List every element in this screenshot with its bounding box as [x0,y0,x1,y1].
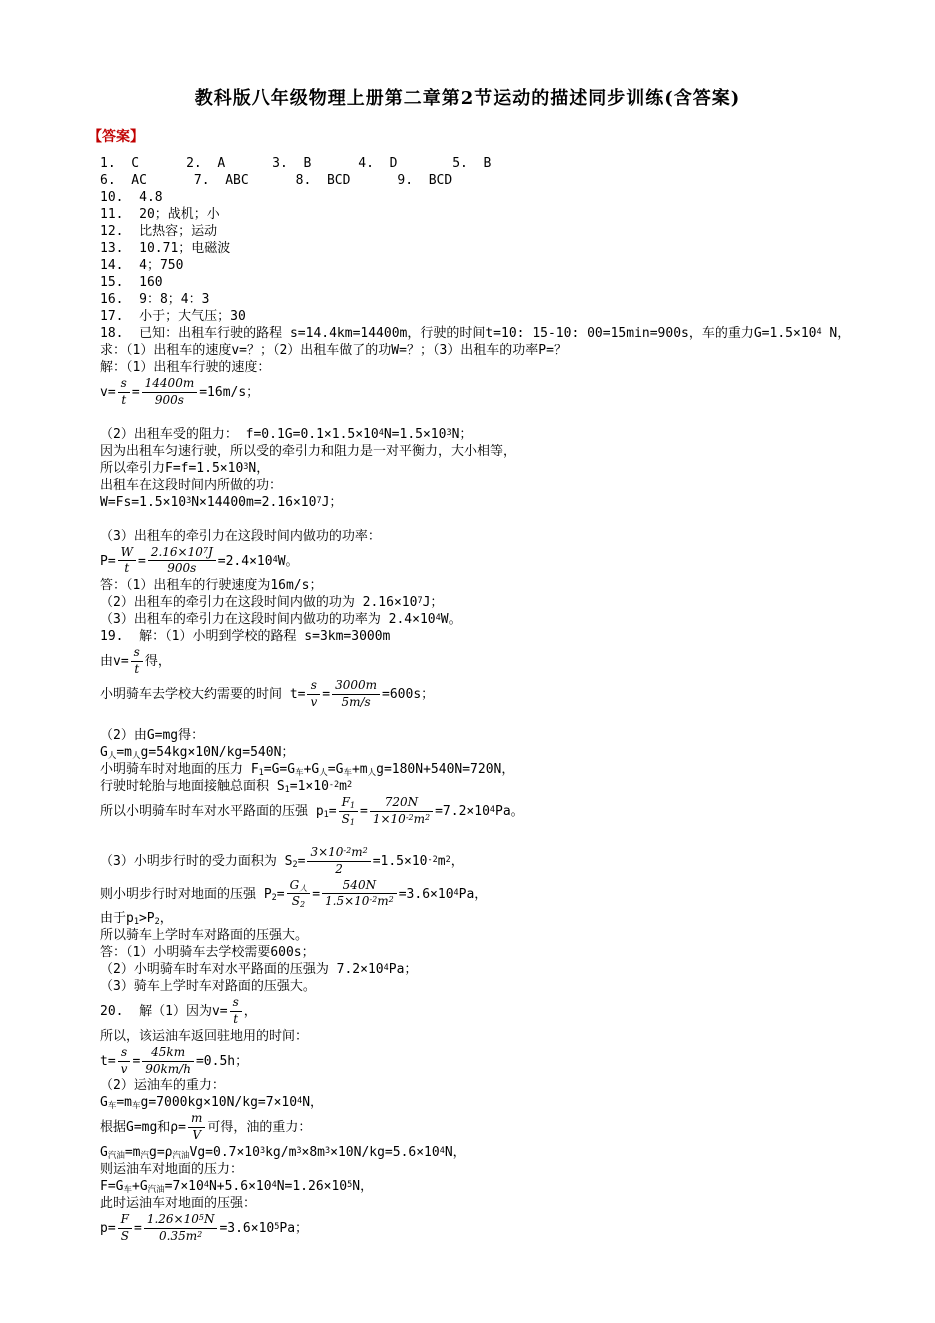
blank-line [100,511,893,528]
superscript: 4 [273,554,278,564]
fraction: 2.16×107J900s [148,546,216,577]
fraction-denominator: 5m/s [332,695,380,710]
superscript: 4 [454,887,459,897]
subscript: 1 [350,818,355,827]
doc-line: （2）出租车受的阻力： f=0.1G=0.1×1.5×104N=1.5×103N… [100,426,893,443]
fraction-denominator: t [118,561,136,576]
superscript: 3 [446,428,451,438]
superscript: 7 [417,596,422,606]
fraction-denominator: S2 [287,894,311,909]
doc-line: 18. 已知：出租车行驶的路程 s=14.4km=14400m，行驶的时间t=1… [100,325,893,342]
superscript: 4 [384,963,389,973]
superscript: -2 [343,846,351,855]
fraction-numerator: 14400m [142,377,198,393]
subscript: 汽 [141,1151,150,1161]
doc-line: 19. 解：（1）小明到学校的路程 s=3km=3000m [100,628,893,645]
subscript: 1 [285,785,290,795]
fraction-numerator: s [118,377,130,393]
fraction: F1S1 [339,796,358,827]
superscript: 2 [197,1230,202,1239]
subscript: 1 [134,917,139,927]
subscript: 车 [108,1101,117,1111]
doc-line: （3）骑车上学时车对路面的压强大。 [100,978,893,995]
subscript: 人 [132,751,141,761]
subscript: 人 [368,768,377,778]
doc-line: G车=m车g=7000kg×10N/kg=7×104N， [100,1094,893,1111]
fraction-denominator: 1.5×10-2m2 [322,894,397,909]
fraction-denominator: t [131,662,143,677]
subscript: 车 [295,768,304,778]
fraction-numerator: F1 [339,796,358,812]
superscript: 4 [204,1180,209,1190]
fraction: FS [118,1213,132,1244]
superscript: 2 [389,895,394,904]
doc-line: 15. 160 [100,274,893,291]
subscript: 人 [319,768,328,778]
subscript: 车 [132,1101,141,1111]
subscript: 2 [300,900,305,909]
fraction-numerator: m [188,1112,205,1128]
doc-line: 解：（1）出租车行驶的速度： [100,359,893,376]
fraction-denominator: t [230,1012,242,1027]
fraction: mV [188,1112,205,1143]
doc-line: 1. C 2. A 3. B 4. D 5. B [100,155,893,172]
fraction-numerator: s [307,679,320,695]
fraction-denominator: 0.35m2 [144,1229,218,1244]
blank-line [100,710,893,727]
doc-line: 所以牵引力F=f=1.5×103N， [100,460,893,477]
doc-line: 13. 10.71；电磁波 [100,240,893,257]
doc-line: 16. 9：8；4：3 [100,291,893,308]
fraction-numerator: W [118,546,136,562]
subscript: 1 [259,768,264,778]
page: 教科版八年级物理上册第二章第2节运动的描述同步训练(含答案) 【答案】 1. C… [0,0,935,1245]
fraction-numerator: F [118,1213,132,1229]
doc-line: 20. 解（1）因为v=st， [100,995,893,1028]
doc-line: 出租车在这段时间内所做的功： [100,477,893,494]
doc-line: （3）出租车的牵引力在这段时间内做功的功率为 2.4×104W。 [100,611,893,628]
fraction-numerator: s [131,646,143,662]
subscript: 汽油 [108,1151,125,1161]
doc-line: F=G车+G汽油=7×104N+5.6×104N=1.26×105N， [100,1178,893,1195]
superscript: 3 [186,496,191,506]
superscript: 7 [203,546,208,555]
subscript: 1 [350,801,355,810]
fraction: st [118,377,130,408]
superscript: -2 [406,813,414,822]
doc-line: 所以小明骑车时车对水平路面的压强 p1=F1S1=720N1×10-2m2=7.… [100,795,893,828]
superscript: 5 [199,1213,204,1222]
superscript: 7 [316,496,321,506]
superscript: 4 [436,613,441,623]
fraction-denominator: S [118,1229,132,1244]
doc-line: （2）由G=mg得： [100,727,893,744]
doc-line: G人=m人g=54kg×10N/kg=540N； [100,744,893,761]
superscript: -2 [329,780,339,790]
fraction-numerator: 3×10-2m2 [307,846,370,862]
answers-label: 【答案】 [88,126,893,146]
doc-line: 由于p1>P2， [100,910,893,927]
blank-line [100,828,893,845]
fraction-numerator: 45km [142,1046,194,1062]
superscript: 5 [274,1222,279,1232]
doc-line: P=Wt=2.16×107J900s=2.4×104W。 [100,545,893,578]
fraction-numerator: s [118,1046,131,1062]
fraction: st [230,996,242,1027]
subscript: 人 [299,884,307,893]
superscript: 5 [347,1180,352,1190]
subscript: 2 [292,860,297,870]
fraction-numerator: G人 [287,879,311,895]
superscript: 3 [296,1146,301,1156]
doc-line: 则小明步行时对地面的压强 P2=G人S2=540N1.5×10-2m2=3.6×… [100,878,893,911]
fraction-numerator: 3000m [332,679,380,695]
doc-line: 所以骑车上学时车对路面的压强大。 [100,927,893,944]
doc-line: 所以，该运油车返回驻地用的时间： [100,1028,893,1045]
subscript: 车 [123,1185,132,1195]
answers-body: 1. C 2. A 3. B 4. D 5. B6. AC 7. ABC 8. … [100,155,893,1245]
doc-line: v=st=14400m900s=16m/s； [100,376,893,409]
superscript: 3 [243,462,248,472]
doc-line: 6. AC 7. ABC 8. BCD 9. BCD [100,172,893,189]
fraction-denominator: 90km/h [142,1062,194,1077]
superscript: 2 [446,855,451,865]
doc-line: 10. 4.8 [100,189,893,206]
superscript: 4 [440,1146,445,1156]
fraction: 540N1.5×10-2m2 [322,879,397,910]
doc-line: （2）出租车的牵引力在这段时间内做的功为 2.16×107J； [100,594,893,611]
blank-line [100,409,893,426]
subscript: 1 [324,810,329,820]
fraction: G人S2 [287,879,311,910]
doc-line: （3）小明步行时的受力面积为 S2=3×10-2m22=1.5×10-2m2， [100,845,893,878]
fraction-denominator: V [188,1128,205,1143]
doc-line: 14. 4；750 [100,257,893,274]
doc-line: t=sv=45km90km/h=0.5h； [100,1045,893,1078]
fraction: 3×10-2m22 [307,846,370,877]
superscript: -2 [427,855,437,865]
fraction: 1.26×105N0.35m2 [144,1213,218,1244]
doc-line: 小明骑车去学校大约需要的时间 t=sv=3000m5m/s=600s； [100,678,893,711]
doc-line: 此时运油车对地面的压强： [100,1195,893,1212]
fraction-numerator: 1.26×105N [144,1213,218,1229]
fraction-denominator: 1×10-2m2 [370,812,433,827]
superscript: 4 [272,1180,277,1190]
doc-line: （2）小明骑车时车对水平路面的压强为 7.2×104Pa； [100,961,893,978]
subscript: 汽油 [148,1185,165,1195]
doc-line: （3）出租车的牵引力在这段时间内做功的功率： [100,528,893,545]
superscript: 4 [490,805,495,815]
fraction: sv [307,679,320,710]
doc-line: 17. 小于；大气压；30 [100,308,893,325]
doc-line: 11. 20；战机；小 [100,206,893,223]
fraction-denominator: 900s [148,561,216,576]
fraction: 3000m5m/s [332,679,380,710]
superscript: 4 [379,428,384,438]
superscript: 2 [347,780,352,790]
fraction-numerator: 2.16×107J [148,546,216,562]
superscript: 2 [425,813,430,822]
fraction-numerator: s [230,996,242,1012]
subscript: 汽油 [173,1151,190,1161]
superscript: 3 [325,1146,330,1156]
doc-line: 答：（1）出租车的行驶速度为16m/s； [100,577,893,594]
doc-line: 则运油车对地面的压力： [100,1161,893,1178]
fraction-denominator: 2 [307,862,370,877]
doc-line: 小明骑车时对地面的压力 F1=G=G车+G人=G车+m人g=180N+540N=… [100,761,893,778]
fraction: 45km90km/h [142,1046,194,1077]
fraction-denominator: t [118,393,130,408]
doc-line: （2）运油车的重力： [100,1077,893,1094]
page-title: 教科版八年级物理上册第二章第2节运动的描述同步训练(含答案) [42,84,893,110]
fraction-denominator: S1 [339,812,358,827]
doc-line: G汽油=m汽g=ρ汽油Vg=0.7×103kg/m3×8m3×10N/kg=5.… [100,1144,893,1161]
superscript: -2 [369,895,377,904]
fraction-denominator: v [307,695,320,710]
fraction-denominator: v [118,1062,131,1077]
fraction: Wt [118,546,136,577]
subscript: 2 [272,892,277,902]
doc-line: 行驶时轮胎与地面接触总面积 S1=1×10-2m2 [100,778,893,795]
fraction-numerator: 540N [322,879,397,895]
doc-line: p=FS=1.26×105N0.35m2=3.6×105Pa； [100,1212,893,1245]
fraction: st [131,646,143,677]
superscript: 3 [260,1146,265,1156]
subscript: 2 [155,917,160,927]
doc-line: 答：（1）小明骑车去学校需要600s； [100,944,893,961]
fraction: 14400m900s [142,377,198,408]
fraction: sv [118,1046,131,1077]
fraction-numerator: 720N [370,796,433,812]
doc-line: 根据G=mg和ρ=mV可得，油的重力： [100,1111,893,1144]
doc-line: 由v=st得， [100,645,893,678]
fraction: 720N1×10-2m2 [370,796,433,827]
superscript: 4 [816,327,821,337]
superscript: 2 [363,846,368,855]
doc-line: 因为出租车匀速行驶，所以受的牵引力和阻力是一对平衡力，大小相等， [100,443,893,460]
superscript: 4 [297,1096,302,1106]
fraction-denominator: 900s [142,393,198,408]
doc-line: 求：（1）出租车的速度v=？；（2）出租车做了的功W=？；（3）出租车的功率P=… [100,342,893,359]
doc-line: 12. 比热容；运动 [100,223,893,240]
subscript: 人 [108,751,117,761]
doc-line: W=Fs=1.5×103N×14400m=2.16×107J； [100,494,893,511]
subscript: 车 [343,768,352,778]
